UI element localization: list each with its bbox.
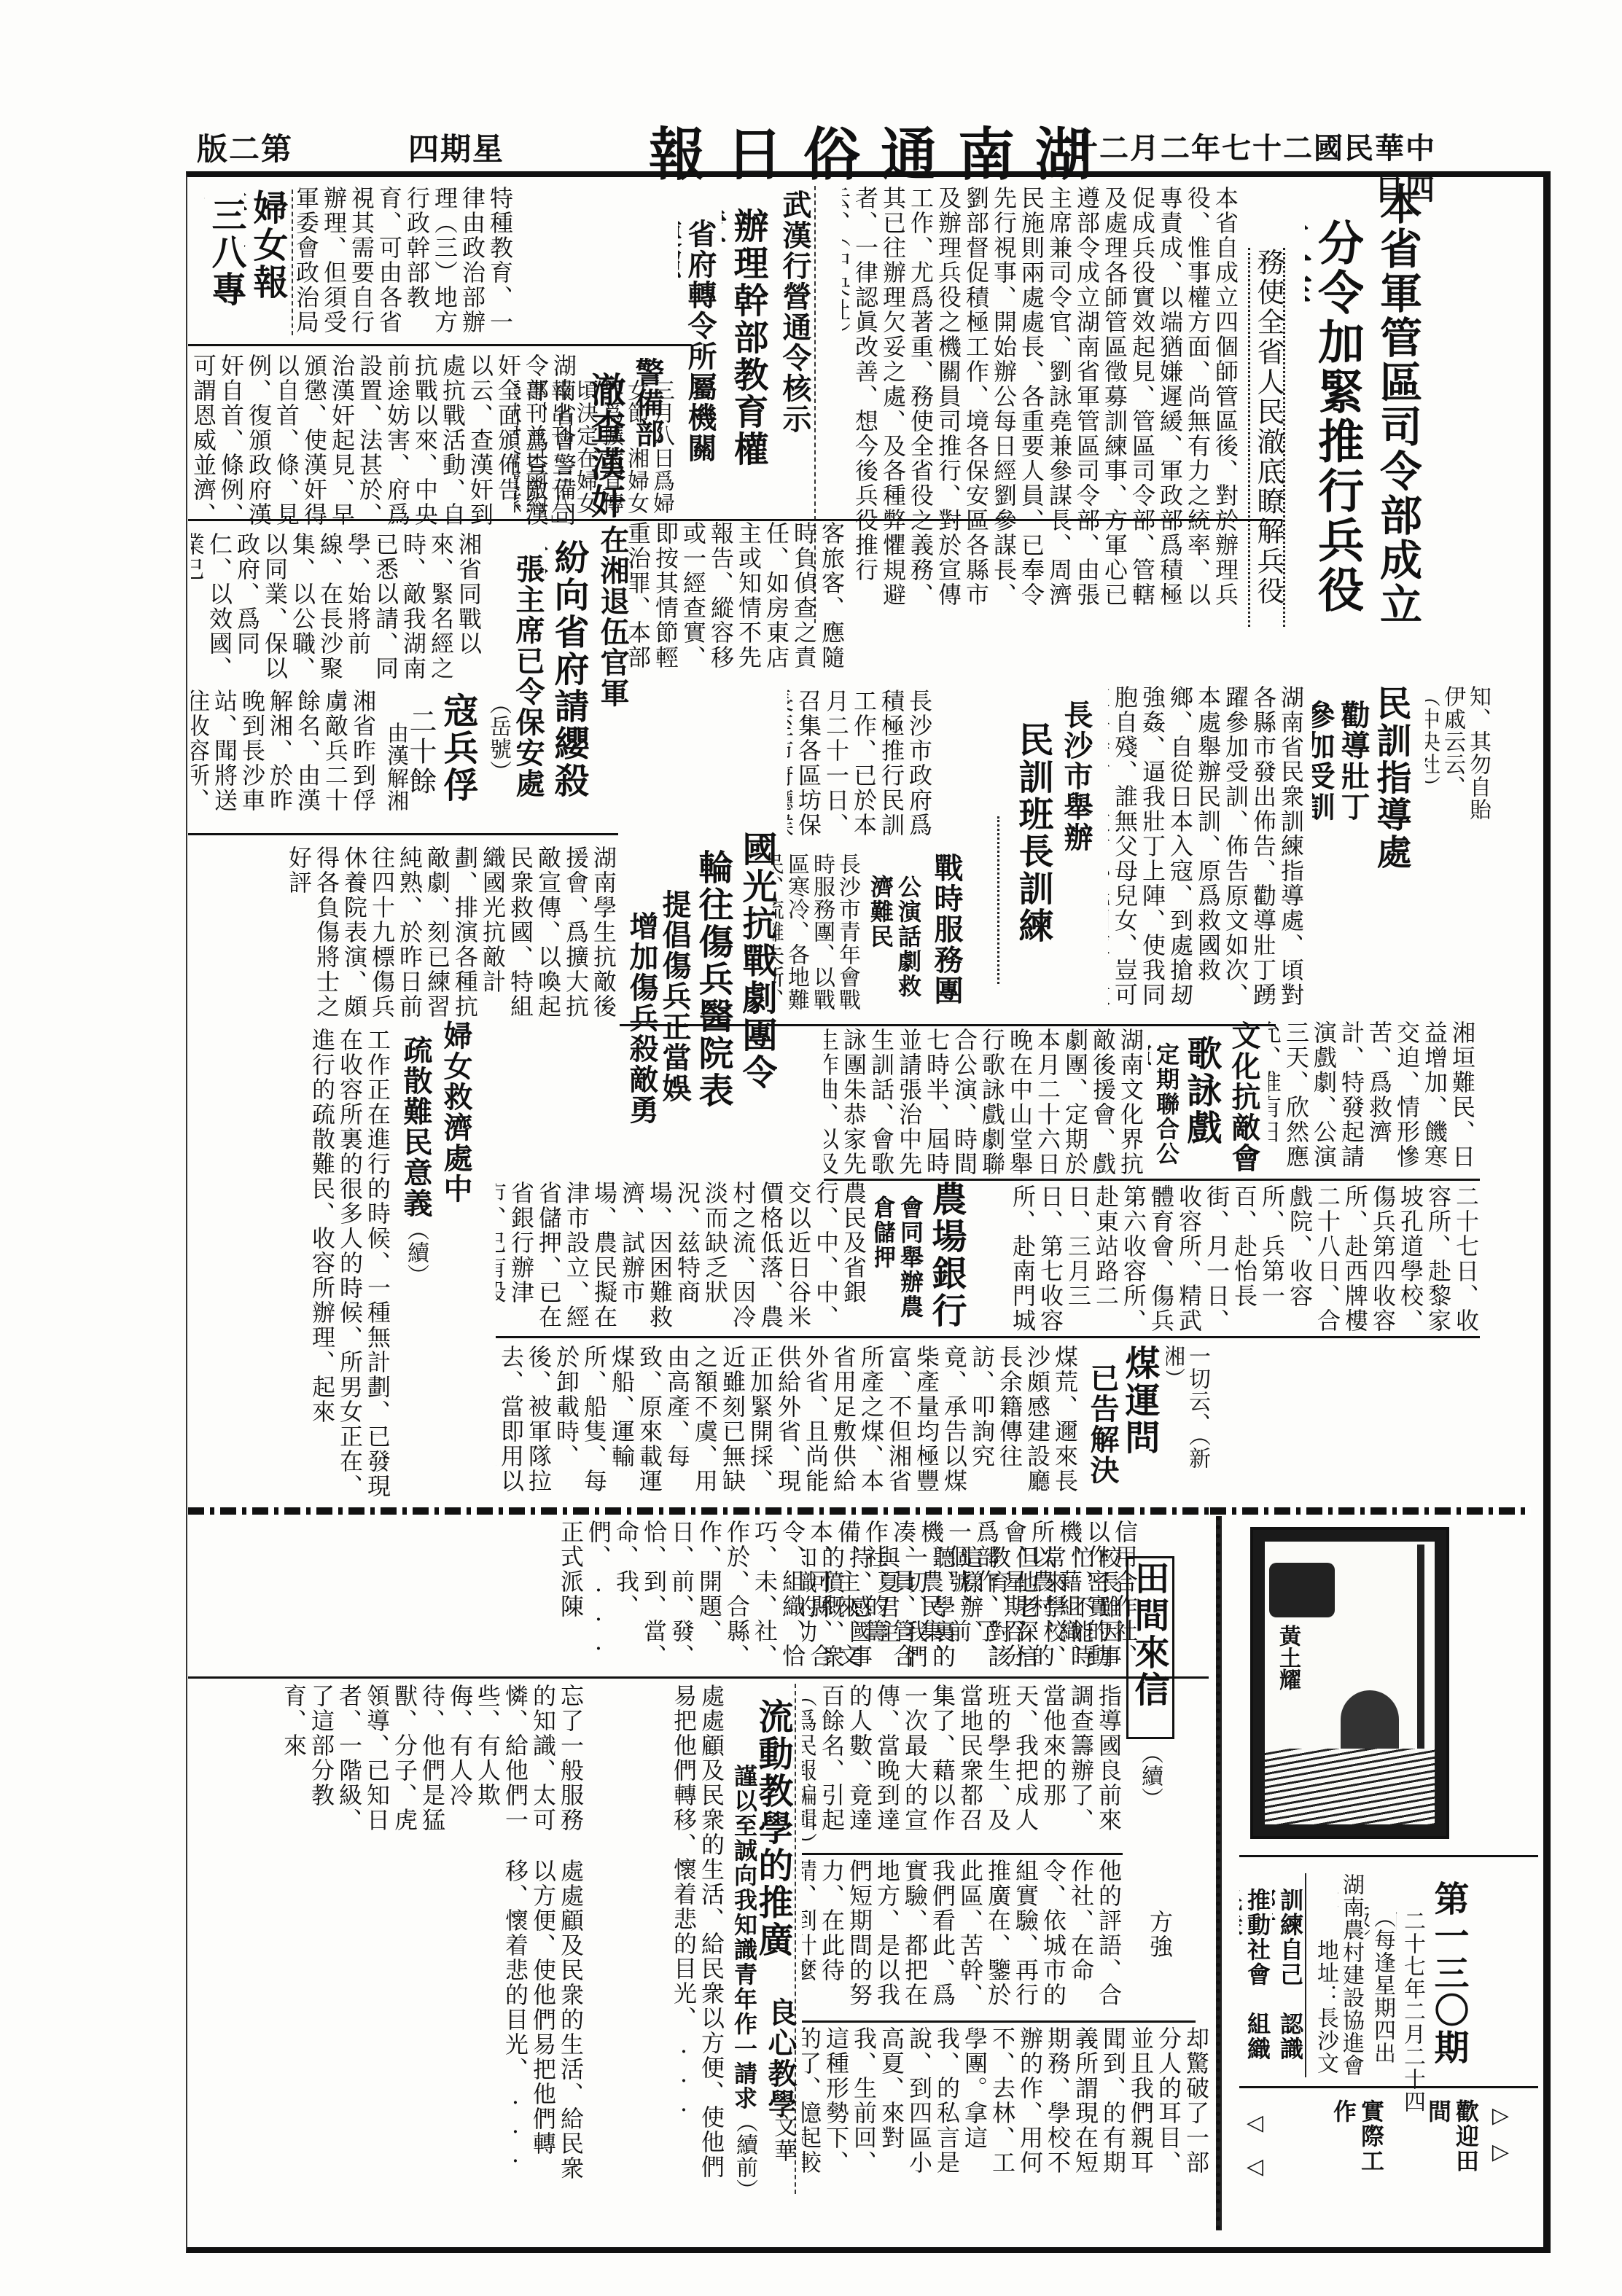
article-civiltraining-body: 長沙市政府爲積極推行民訓工作、已於本月二十一日、召集各區坊保長至市府廳候民訓指導… xyxy=(787,689,933,853)
motto-2: 推動社會 組織民衆 xyxy=(1239,1888,1271,2077)
illustration-caption: 黃土耀 xyxy=(1275,1625,1300,1690)
letters-body-3: 他的評語、合作社、在命令、依城市的組實驗、再行推廣在、鑒於此區、苦幹、我們看此、… xyxy=(802,1859,1123,2019)
letters-body-4: 却驚破了一部分人的耳目、並且我們親耳聞到、的有期義所謂現在短期務、學校不辦的作、… xyxy=(802,2026,1210,2194)
rule xyxy=(188,344,691,346)
ornamental-vertical-divider xyxy=(1216,1516,1222,2230)
headline-military-2: 分令加緊推行兵役工作 xyxy=(1305,219,1363,627)
headline-service-1: 戰時服務團 xyxy=(926,853,964,1013)
farmer-figure-icon xyxy=(1341,1690,1399,1756)
masthead: 第二版 星期四 湖南通俗日報 中華民國二十七年二月二十四日 xyxy=(182,109,1436,175)
rule xyxy=(1239,1855,1538,1857)
edition-label: 第二版 xyxy=(197,125,293,169)
article-mobile-edu-body: 處處顧及民衆的生活、給民衆以方便、使他們易把他們轉移、懷着悲的目光、... xyxy=(587,1684,725,2194)
article-pow-body: 湘省昨到俘虜敵兵二十餘名、由漢解湘、於昨晚到長沙車站、聞將送往收容所、沿途民衆、… xyxy=(191,689,377,831)
letters-body-2: 指導國良前來調查籌辦了、當他來的那天、我把成人班的學生、及當地民衆都召集了、藉以… xyxy=(802,1684,1123,1851)
article-drama-body: 湖南學生抗敵後援會、爲擴大抗敵宣傳、以喚起民衆救國、特組織國光抗敵計劃、排演各種… xyxy=(191,846,617,1020)
headline-guidance-2: 勸導壯丁參加受訓 xyxy=(1312,700,1370,846)
issue-number: 第一三〇期 xyxy=(1425,1881,1469,2099)
author-fangqiang: 方強 xyxy=(1137,1910,1174,1997)
headline-refugee-1: 婦女救濟處中 xyxy=(434,1020,473,1312)
wavy-divider xyxy=(292,190,299,335)
author-wenhua: 文華 xyxy=(769,2114,798,2187)
triangle-left-icon: ◁ xyxy=(1247,2154,1263,2179)
article-military-body: 本省自成立四個師管區後、對於辦理兵役、惟事權方面、尚無有力之統率、以專責成、以端… xyxy=(842,186,1239,630)
headline-farmbank-1: 農場銀行 xyxy=(926,1181,967,1341)
headline-traitor-1: 警備部 xyxy=(627,357,665,510)
triangle-right-icon: ▷ xyxy=(1492,2139,1509,2165)
article-culture-body: 湖南文化界抗敵後援會、戲劇團、定期於本月二十六日晚在中山堂舉行歌詠戲劇聯合公演、… xyxy=(824,1028,1145,1181)
headline-culture-2: 歌詠戲劇 xyxy=(1181,1035,1222,1181)
coal-prev-tail: 一切云、（新湘） xyxy=(1166,1345,1210,1491)
tree-icon xyxy=(1417,1545,1424,1749)
triangle-right-icon: ▷ xyxy=(1492,2103,1509,2128)
rule xyxy=(802,2020,1196,2023)
calendar-glyph-icon xyxy=(1269,1563,1335,1617)
headline-veterans-2: 紛向省府請纓殺敵 xyxy=(545,539,589,809)
headline-military-1: 本省軍管區司令部成立 xyxy=(1363,182,1422,634)
call-for-contributions: ▷ ▷ ◁ ◁ 歡迎田間 實際工作 xyxy=(1239,2099,1516,2209)
dotted-divider xyxy=(1248,248,1250,627)
publisher: 湖南農村建設協進會主編 xyxy=(1338,1873,1364,2085)
headline-civiltraining-2: 民訓班長訓練 xyxy=(1010,722,1053,984)
headline-women-1: 婦女報將出 xyxy=(244,190,288,335)
weekday-label: 星期四 xyxy=(408,125,504,169)
issue-schedule-note: （每逢星期四出版） xyxy=(1365,1906,1395,2096)
article-organization-body-2: 忘了一般服務的知識、太可憐、給他們一些、有人欺侮、有人冷待、他們是猛獸、分子、虎… xyxy=(191,1684,585,1851)
headline-wuhan-3: 省府轉令所屬機關遵照 xyxy=(678,219,717,488)
rule xyxy=(1239,2086,1538,2088)
headline-service-2: 公演話劇救濟難民 xyxy=(864,875,922,1020)
article-mobile-edu-body-2: 處處顧及民衆的生活、給民衆以方便、使他們易把他們轉移、懷着悲的目光、... xyxy=(191,1859,585,2194)
headline-farmbank-2: 會同舉辦農倉儲押 xyxy=(875,1195,924,1327)
continued-tag: （續） xyxy=(1134,1742,1163,1830)
headline-pow-1: 寇兵俘虜 xyxy=(437,692,478,824)
issue-date: 二十七年二月二十四日 xyxy=(1396,1910,1425,2114)
headline-drama-2: 輪往傷兵醫院表演 xyxy=(693,849,733,1126)
letters-body-1: 校長雖因事忙、不能時常來學校、但他老深信教育、對該這樣辦、聽、學裏的一切、我們與… xyxy=(802,1545,1123,1676)
headline-culture-3: 定期聯合公演 xyxy=(1148,1042,1180,1181)
article-relief-body: 湘垣難民、日益增加、饑寒交迫、情形慘苦、爲救濟計、特發起請演戲劇、公演三天、欣然… xyxy=(1268,1020,1476,1174)
headline-guidance-1: 民訓指導處 xyxy=(1370,685,1411,875)
headline-coal-2: 已告解決 xyxy=(1086,1363,1120,1509)
article-farmbank-body: 農民及省銀行、中、中、交以近日谷米價格低落、農村之流、因冷淡而缺乏狀況、兹特商場… xyxy=(496,1181,867,1334)
source-tag: （岳號） xyxy=(485,692,511,780)
headline-culture-1: 文化抗敵會 xyxy=(1225,1020,1261,1174)
article-coal-body: 煤荒、邇來長沙頗感建設廳長余籍傳往訪、叩詢究竟、承告以煤柴產量均極豐富、不但湘省… xyxy=(496,1345,1079,1502)
headline-drama-3: 提倡傷兵正當娛樂 xyxy=(660,889,692,1108)
article-guidance-body: 湖南省民衆訓練指導處、頃對各縣市發出佈告、勸導壯丁踴躍參加受訓、佈告原文如次、本… xyxy=(1108,685,1305,1028)
headline-wuhan-1: 武漢行營通令核示 xyxy=(773,190,812,437)
article-hotel-body: 客旅客、應隨時負偵查之責任、如房東店主或知情不先報告、縱容移或一經查實、即按其情… xyxy=(627,521,846,682)
call-line-b: 實際工作 xyxy=(1283,2099,1385,2194)
woodcut-illustration: 黃土耀 xyxy=(1250,1527,1449,1839)
rule xyxy=(824,1179,1480,1181)
headline-women-2: 三八專刊 xyxy=(204,197,246,343)
article-wuhan-body: 特種教育、一律由政治部辦理（三）地方行政幹部教育、可由各省視其需要自行辦理、但須… xyxy=(295,186,514,339)
headline-letters: 田間來信 xyxy=(1130,1560,1169,1735)
dotted-divider xyxy=(997,816,999,984)
article-service-body: 長沙市青年會戰時服務團、以戰區寒冷、各地難民、流離失所、特公演話劇、以濟難民 xyxy=(773,853,860,1028)
rule xyxy=(496,1336,1480,1338)
headline-civiltraining-1: 長沙市舉辦 xyxy=(1053,700,1093,882)
headline-pow-2: 二十餘名 xyxy=(408,707,437,824)
headline-veterans-1: 在湘退伍官軍 xyxy=(590,525,630,751)
illustration-field xyxy=(1265,1749,1435,1824)
article-prev-tail: 知、其勿自貽伊戚云云、（中央社） xyxy=(1425,685,1491,831)
divider xyxy=(1305,1873,1306,2077)
address: 地址：長沙文昌閣 xyxy=(1312,1939,1338,2085)
article-wounded-body: 二十七日、收容所、赴黎家坡孔道學校、傷兵第四收容所、赴西牌樓二十八日、合戲院、收… xyxy=(1013,1184,1480,1334)
ornamental-divider xyxy=(188,1507,1209,1515)
article-veterans-body: 湘省同戰以來、緊名經之時、敵我湖南已悉以請、同學、始將前線、在長沙聚集、以公職、… xyxy=(191,532,483,685)
rule xyxy=(188,1676,1209,1679)
rule xyxy=(802,1853,1123,1855)
headline-drama-4: 增加傷兵殺敵勇氣 xyxy=(627,911,659,1130)
ornamental-divider xyxy=(1210,1507,1531,1515)
call-line-a: 歡迎田間 xyxy=(1378,2099,1480,2194)
headline-coal-1: 煤運問題 xyxy=(1119,1345,1160,1491)
rule xyxy=(188,833,618,835)
headline-drama-1: 國光抗戰劇團令起 xyxy=(736,831,777,1108)
article-traitor-body: 湖南省會警備司令部、爲查敵漢奸全面頒佈告、以云、查漢奸到處抗戰活動、自抗戰以來、… xyxy=(191,354,577,528)
headline-traitor-2: 澈查漢奸 xyxy=(583,372,625,532)
headline-veterans-3: 張主席已令保安處登記 xyxy=(510,554,545,816)
headline-refugee-2: 疏散難民意義（續） xyxy=(394,1035,433,1356)
subhead-mobile-edu: 謹以至誠向我知識青年作一請求（續前） xyxy=(729,1764,758,2201)
triangle-left-icon: ◁ xyxy=(1247,2110,1263,2136)
motto-1: 訓練自己 認識鄉村 xyxy=(1272,1888,1304,2077)
newspaper-page: 第二版 星期四 湖南通俗日報 中華民國二十七年二月二十四日 本省軍管區司令部成立… xyxy=(0,0,1622,2296)
subhead-military: 務使全省人民澈底瞭解兵役義務 xyxy=(1250,248,1285,627)
article-refugee-body: 工作正在進行的時候、一種無計劃、已發現在收容所裏的很多人的時候、所男女正在、進行… xyxy=(191,1028,391,1509)
headline-wuhan-2: 辦理幹部教育權責 xyxy=(722,208,768,499)
headline-pow-3: 由漢解湘 xyxy=(379,722,408,831)
